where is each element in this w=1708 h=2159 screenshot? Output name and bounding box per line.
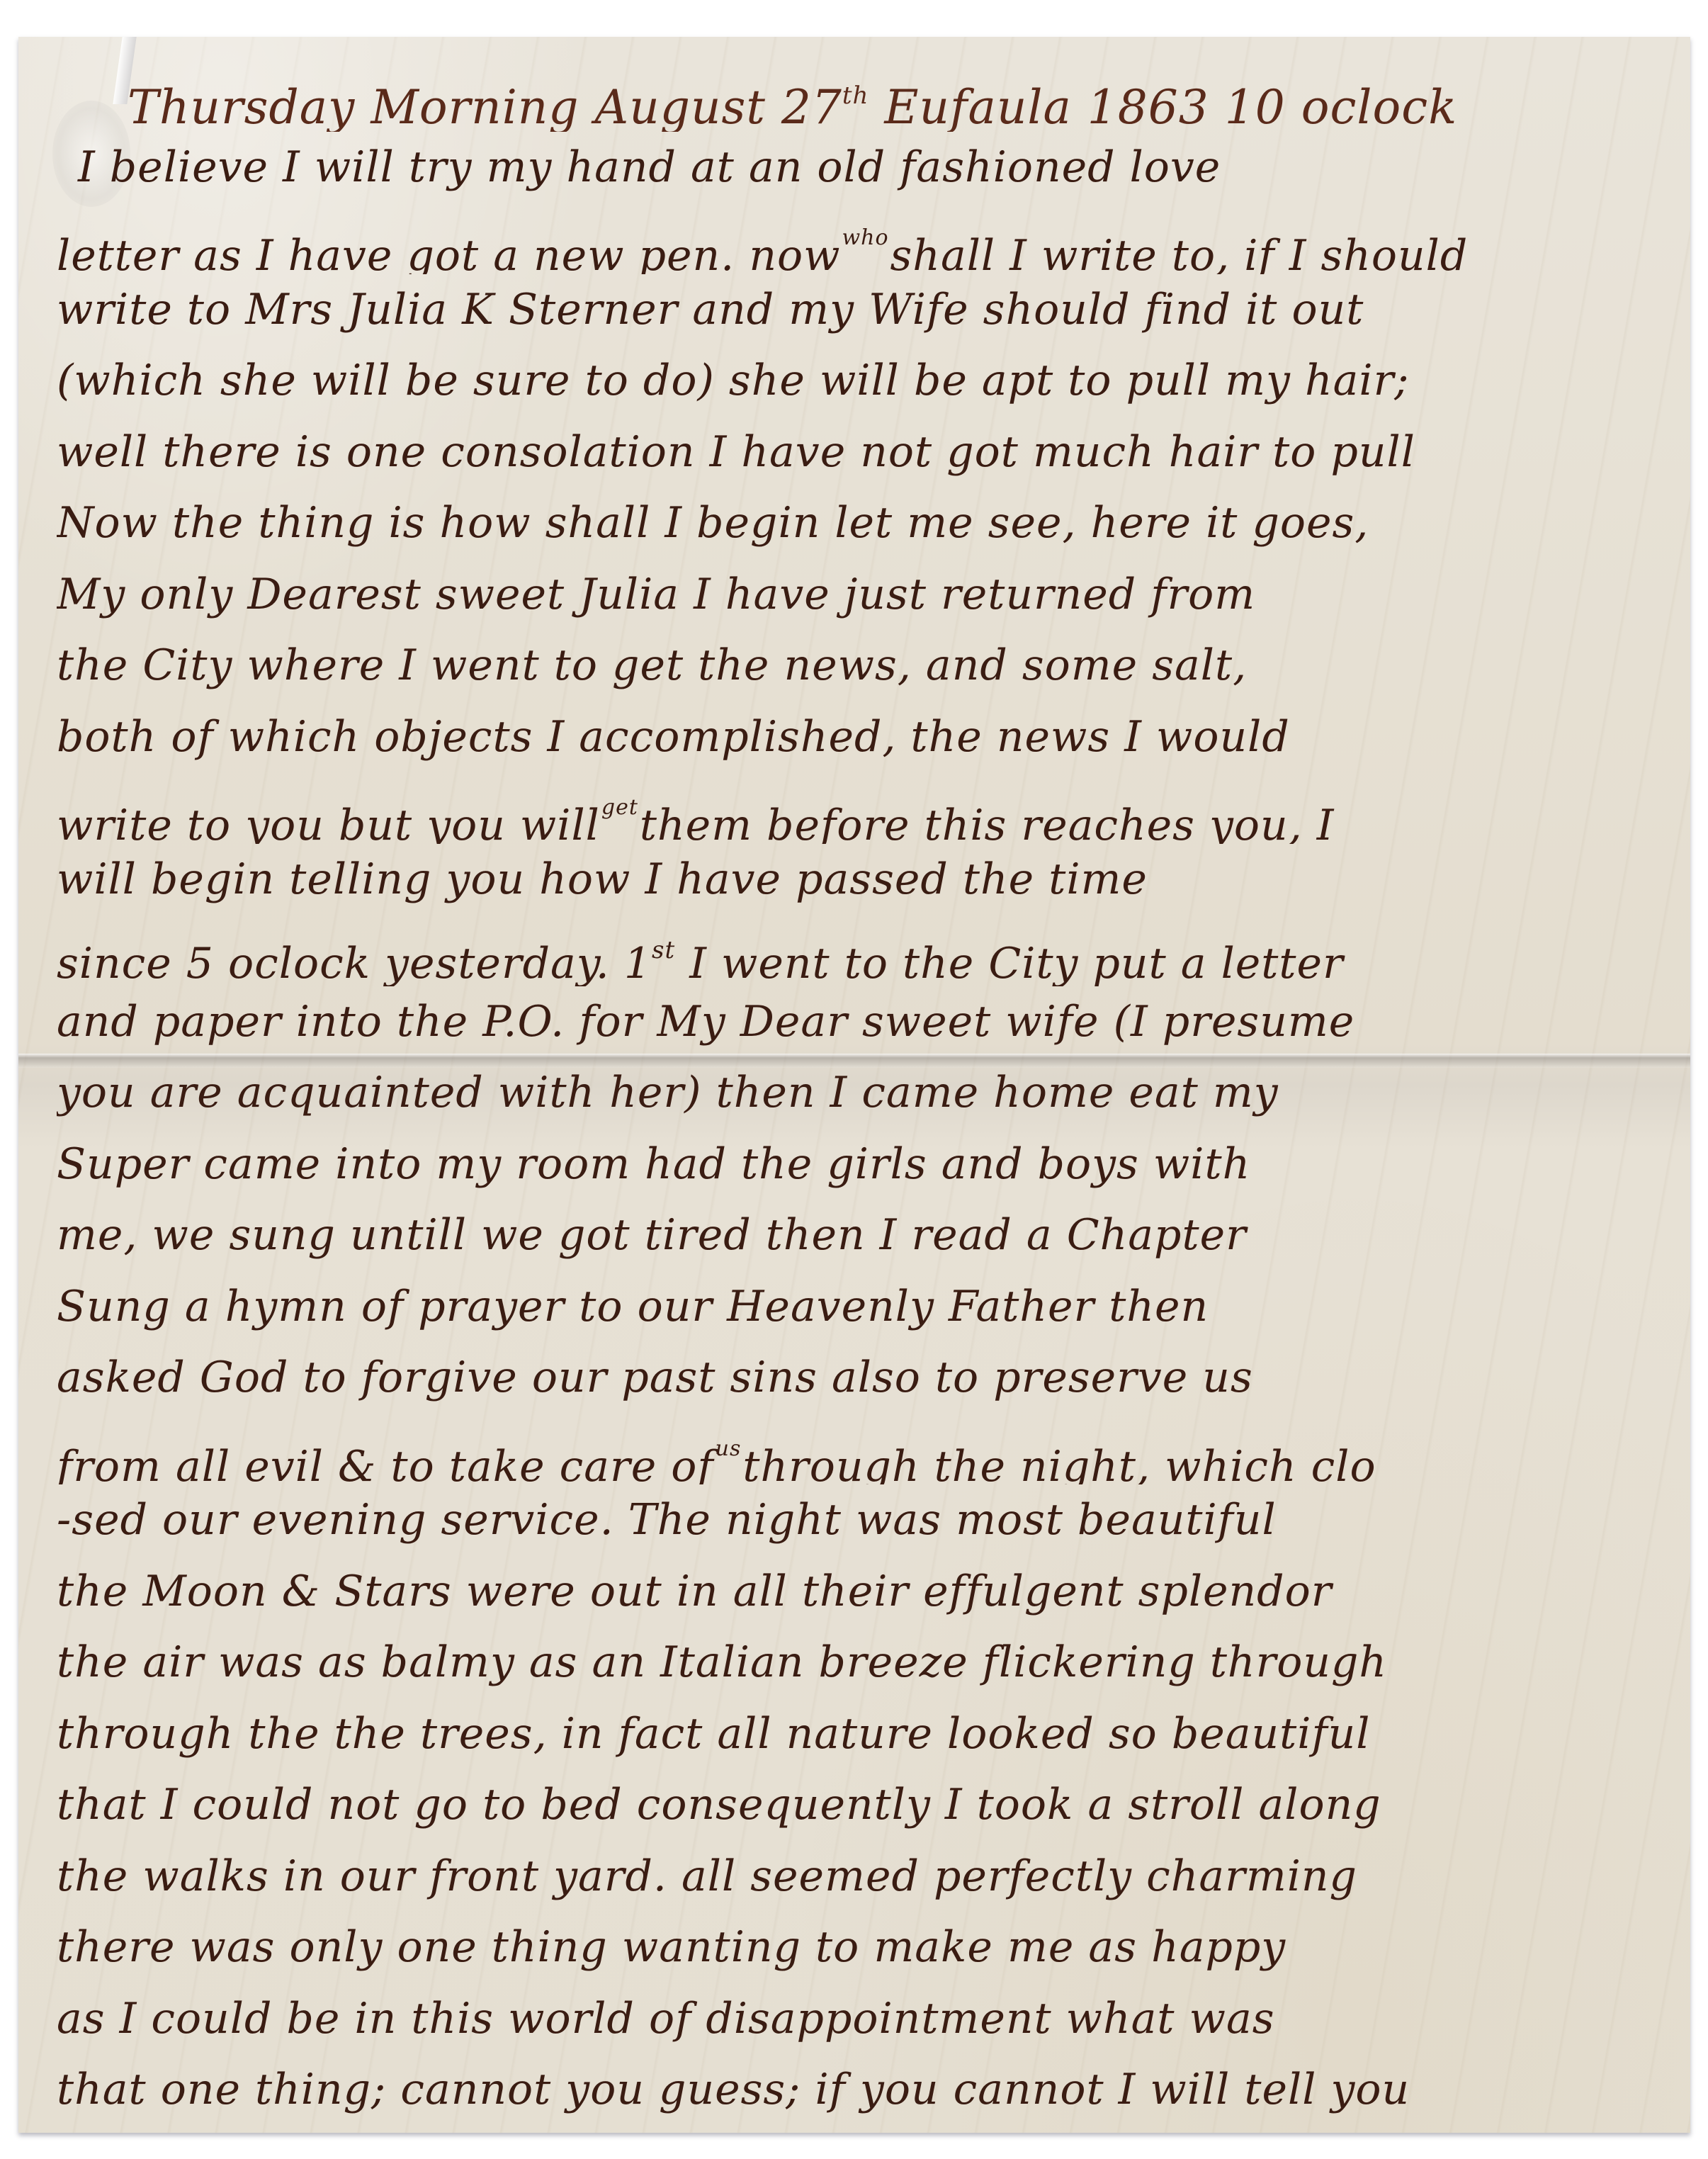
letter-line: Super came into my room had the girls an… — [57, 1129, 1658, 1200]
letter-line: well there is one consolation I have not… — [57, 417, 1658, 488]
heading-day: Thursday Morning — [128, 80, 579, 132]
letter-line: Sung a hymn of prayer to our Heavenly Fa… — [57, 1271, 1658, 1343]
heading-place: Eufaula — [884, 80, 1071, 132]
letter-body: Thursday Morning August 27th Eufaula 186… — [57, 60, 1658, 2126]
heading-date: August 27 — [595, 80, 842, 132]
letter-line: since 5 oclock yesterday. 1st I went to … — [57, 915, 1658, 986]
line-text: them before this reaches you, I — [640, 801, 1335, 844]
letter-line: you are acquainted with her) then I came… — [57, 1057, 1658, 1129]
letter-line: write to Mrs Julia K Sterner and my Wife… — [57, 274, 1658, 346]
letter-line: Now the thing is how shall I begin let m… — [57, 487, 1658, 559]
letter-line: the Moon & Stars were out in all their e… — [57, 1556, 1658, 1628]
letter-line: there was only one thing wanting to make… — [57, 1912, 1658, 1983]
heading-year: 1863 — [1087, 80, 1209, 132]
letter-line: -sed our evening service. The night was … — [57, 1484, 1658, 1556]
line-text: shall I write to, if I should — [890, 231, 1469, 274]
line-text: letter as I have got a new pen. now — [57, 231, 840, 274]
letter-line: My only Dearest sweet Julia I have just … — [57, 559, 1658, 631]
letter-line: the City where I went to get the news, a… — [57, 630, 1658, 701]
letter-line: the walks in our front yard. all seemed … — [57, 1841, 1658, 1912]
inserted-word: us — [716, 1436, 742, 1461]
inserted-word: get — [601, 795, 638, 820]
heading-date-suffix: th — [842, 81, 869, 110]
letter-line: write to you but you willgetthem before … — [57, 772, 1658, 844]
letter-heading: Thursday Morning August 27th Eufaula 186… — [57, 60, 1658, 132]
ordinal-suffix: st — [652, 936, 675, 964]
letter-line: both of which objects I accomplished, th… — [57, 701, 1658, 773]
line-text: from all evil & to take care of — [57, 1442, 714, 1485]
letter-line: through the the trees, in fact all natur… — [57, 1698, 1658, 1770]
line-text: write to you but you will — [57, 801, 600, 844]
letter-line: asked God to forgive our past sins also … — [57, 1342, 1658, 1414]
letter-line: letter as I have got a new pen. nowwhosh… — [57, 203, 1658, 274]
letter-line: me, we sung untill we got tired then I r… — [57, 1200, 1658, 1271]
letter-line: from all evil & to take care ofusthrough… — [57, 1414, 1658, 1485]
letter-line: that I could not go to bed consequently … — [57, 1769, 1658, 1841]
line-text: through the night, which clo — [742, 1442, 1376, 1485]
letter-line: (which she will be sure to do) she will … — [57, 345, 1658, 417]
line-text: since 5 oclock yesterday. 1 — [57, 939, 652, 986]
heading-time: 10 oclock — [1225, 80, 1457, 132]
letter-line: will begin telling you how I have passed… — [57, 844, 1658, 915]
letter-line: and paper into the P.O. for My Dear swee… — [57, 986, 1658, 1058]
letter-line: I believe I will try my hand at an old f… — [57, 132, 1658, 203]
letter-line: that one thing; cannot you guess; if you… — [57, 2054, 1658, 2126]
letter-line: the air was as balmy as an Italian breez… — [57, 1627, 1658, 1698]
inserted-word: who — [842, 225, 888, 250]
letter-line: as I could be in this world of disappoin… — [57, 1983, 1658, 2055]
line-text: I went to the City put a letter — [675, 939, 1344, 986]
